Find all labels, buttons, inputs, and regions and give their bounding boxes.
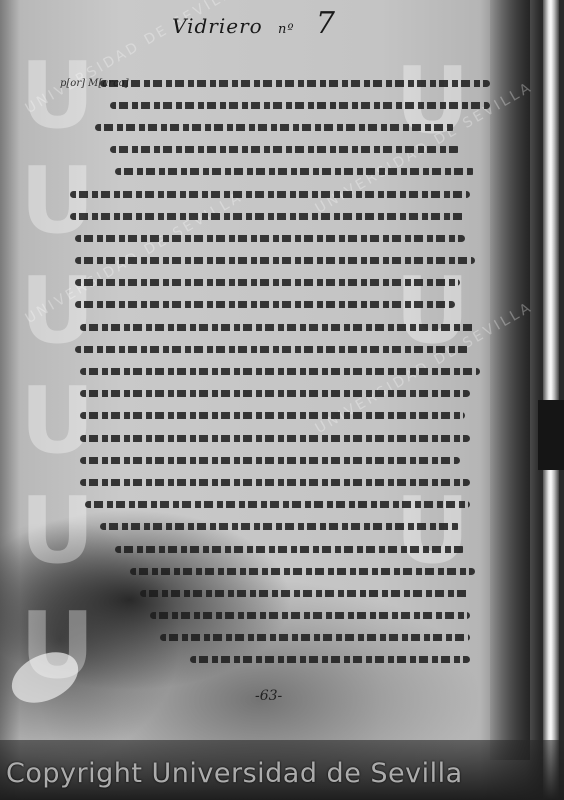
manuscript-line xyxy=(70,494,490,516)
handwriting-stroke xyxy=(80,390,470,397)
handwriting-stroke xyxy=(70,213,465,220)
handwriting-stroke xyxy=(115,168,475,175)
page-number: -63- xyxy=(255,688,282,704)
handwriting-stroke xyxy=(140,590,470,597)
manuscript-line xyxy=(70,250,490,272)
handwriting-stroke xyxy=(100,523,460,530)
manuscript-line xyxy=(70,183,490,205)
handwriting-stroke xyxy=(160,634,470,641)
handwriting-stroke xyxy=(75,235,465,242)
handwriting-stroke xyxy=(100,80,490,87)
manuscript-line xyxy=(70,360,490,382)
handwriting-stroke xyxy=(85,501,470,508)
manuscript-line xyxy=(70,116,490,138)
manuscript-line xyxy=(70,605,490,627)
handwriting-stroke xyxy=(80,457,460,464)
manuscript-line xyxy=(70,272,490,294)
manuscript-line xyxy=(70,627,490,649)
handwriting-stroke xyxy=(80,479,470,486)
manuscript-line xyxy=(70,316,490,338)
header-number: 7 xyxy=(316,6,336,41)
binding-gap xyxy=(538,400,564,470)
handwriting-stroke xyxy=(115,546,465,553)
manuscript-line xyxy=(70,383,490,405)
manuscript-line xyxy=(70,516,490,538)
copyright-watermark: Copyright Universidad de Sevilla xyxy=(6,758,463,789)
manuscript-line xyxy=(70,338,490,360)
manuscript-line xyxy=(70,227,490,249)
manuscript-line xyxy=(70,582,490,604)
handwriting-stroke xyxy=(70,191,470,198)
manuscript-line xyxy=(70,649,490,671)
handwriting-stroke xyxy=(80,324,475,331)
handwriting-stroke xyxy=(80,435,470,442)
handwriting-stroke xyxy=(75,279,460,286)
manuscript-line xyxy=(70,72,490,94)
manuscript-line xyxy=(70,427,490,449)
manuscript-line xyxy=(70,139,490,161)
document-header: Vidriero nº 7 xyxy=(172,6,336,41)
header-mark: nº xyxy=(278,22,295,37)
handwriting-stroke xyxy=(80,412,465,419)
manuscript-line xyxy=(70,94,490,116)
handwriting-stroke xyxy=(80,368,480,375)
manuscript-body xyxy=(70,72,490,671)
page-edge-shadow xyxy=(490,0,530,760)
handwriting-stroke xyxy=(95,124,455,131)
handwriting-stroke xyxy=(75,257,475,264)
manuscript-line xyxy=(70,538,490,560)
header-title: Vidriero xyxy=(172,14,263,38)
handwriting-stroke xyxy=(110,146,460,153)
manuscript-line xyxy=(70,405,490,427)
manuscript-line xyxy=(70,205,490,227)
manuscript-line xyxy=(70,471,490,493)
handwriting-stroke xyxy=(130,568,475,575)
manuscript-line xyxy=(70,161,490,183)
handwriting-stroke xyxy=(150,612,470,619)
handwriting-stroke xyxy=(110,102,490,109)
handwriting-stroke xyxy=(190,656,470,663)
manuscript-line xyxy=(70,560,490,582)
handwriting-stroke xyxy=(75,346,470,353)
manuscript-line xyxy=(70,294,490,316)
handwriting-stroke xyxy=(75,301,455,308)
manuscript-line xyxy=(70,449,490,471)
